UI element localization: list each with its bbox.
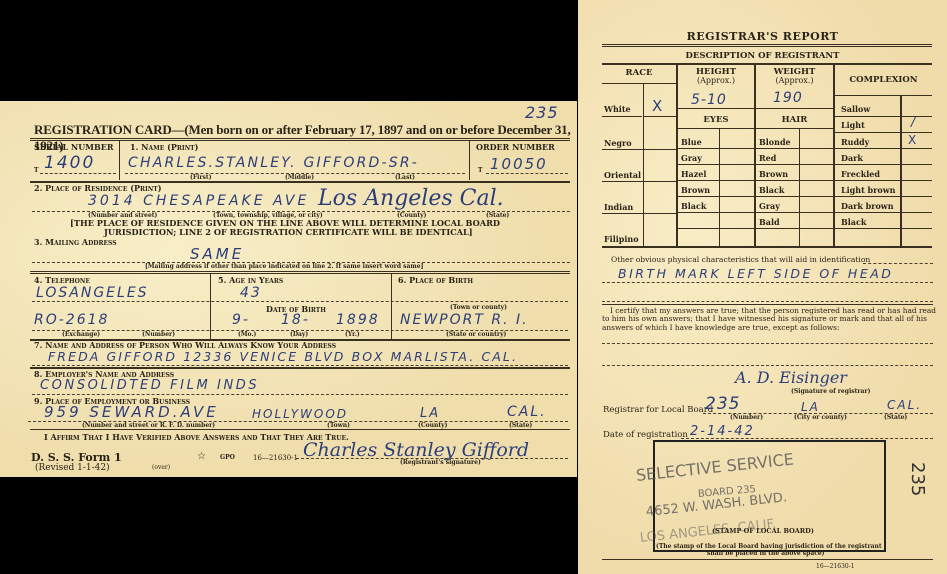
signature-caption: (Registrant's signature): [400, 459, 481, 466]
caption-employment-street: (Number and street or R. F. D. number): [82, 422, 215, 429]
employer-value[interactable]: CONSOLIDTED FILM INDS: [40, 378, 259, 393]
local-board-state[interactable]: CAL.: [887, 398, 922, 412]
height-approx: (Approx.): [678, 76, 754, 85]
age-value[interactable]: 43: [240, 285, 262, 301]
complexion-freckled: Freckled: [841, 169, 880, 179]
weight-approx: (Approx.): [756, 76, 833, 85]
mailing-value[interactable]: SAME: [190, 245, 244, 263]
other-characteristics-label: Other obvious physical characteristics t…: [611, 255, 870, 264]
complexion-dark-brown: Dark brown: [841, 201, 894, 211]
underline: [681, 438, 933, 439]
weight-value[interactable]: 190: [773, 90, 803, 106]
back-print-code: 16—21630-1: [816, 563, 855, 570]
employment-town-value[interactable]: HOLLYWOOD: [252, 407, 348, 421]
underline: [602, 282, 933, 283]
telephone-label: 4. Telephone: [34, 275, 90, 285]
underline: [602, 365, 933, 366]
hair-gray: Gray: [759, 201, 780, 211]
registrars-report-back: REGISTRAR'S REPORT DESCRIPTION OF REGIST…: [578, 0, 947, 574]
registrar-signature: A. D. Eisinger: [735, 368, 847, 387]
divider: [900, 96, 902, 246]
mailing-label: 3. Mailing Address: [34, 237, 117, 247]
local-board-city[interactable]: LA: [801, 400, 820, 414]
divider: [677, 164, 932, 165]
divider: [677, 228, 932, 229]
side-board-number: 235: [907, 462, 928, 496]
print-code: 16—21630-1: [253, 454, 298, 462]
star-icon: ☆: [197, 451, 206, 462]
serial-number-value[interactable]: 1400: [44, 153, 95, 173]
caption-year: (Yr.): [345, 331, 360, 338]
underline: [40, 173, 116, 174]
contact-value[interactable]: FREDA GIFFORD 12336 VENICE BLVD BOX MARL…: [48, 349, 518, 364]
caption-board-number: (Number): [730, 414, 763, 421]
gpo-label: GPO: [220, 454, 235, 461]
hair-bald: Bald: [759, 217, 780, 227]
divider: [833, 64, 835, 246]
eyes-header: EYES: [678, 116, 754, 125]
corner-board-number: 235: [525, 103, 559, 122]
residence-label: 2. Place of Residence (Print): [34, 183, 162, 193]
caption-last: (Last): [395, 174, 415, 181]
birthplace-value[interactable]: NEWPORT R. I.: [400, 312, 529, 328]
underline: [32, 394, 568, 395]
divider: [834, 116, 932, 117]
eyes-black: Black: [681, 201, 706, 211]
eyes-blue: Blue: [681, 137, 702, 147]
form-revised: (Revised 1-1-42): [35, 463, 110, 473]
age-label: 5. Age in Years: [218, 275, 283, 285]
hair-black: Black: [759, 185, 784, 195]
order-number-value[interactable]: 10050: [490, 155, 548, 173]
divider: [30, 271, 570, 274]
height-value[interactable]: 5-10: [691, 92, 727, 108]
divider: [602, 83, 676, 84]
employment-county-value[interactable]: LA: [420, 406, 440, 421]
complexion-black: Black: [841, 217, 866, 227]
race-white: White: [604, 104, 631, 114]
complexion-ruddy: Ruddy: [841, 137, 869, 147]
residence-street-value[interactable]: 3014 CHESAPEAKE AVE: [88, 193, 309, 209]
local-board-label: Registrar for Local Board: [603, 405, 713, 415]
residence-notice-2: JURISDICTION; LINE 2 OF REGISTRATION CER…: [104, 227, 473, 237]
divider: [677, 180, 932, 181]
caption-number: (Number): [142, 331, 175, 338]
race-negro: Negro: [604, 138, 632, 148]
eyes-hazel: Hazel: [681, 169, 706, 179]
divider: [469, 140, 470, 180]
registrar-signature-caption: (Signature of registrar): [791, 388, 870, 395]
over-label: (over): [152, 464, 170, 471]
telephone-exchange-value[interactable]: LOSANGELES: [36, 285, 149, 301]
residence-city-value[interactable]: Los Angeles Cal.: [318, 186, 504, 211]
caption-month: (Mo.): [238, 331, 256, 338]
dob-year-value[interactable]: 1898: [336, 312, 380, 328]
stamp-note-1: (The stamp of the Local Board having jur…: [656, 543, 882, 550]
caption-board-city: (City or county): [794, 414, 847, 421]
race-header: RACE: [602, 69, 676, 78]
underline: [602, 343, 933, 344]
employment-state-value[interactable]: CAL.: [507, 404, 547, 420]
eyes-brown: Brown: [681, 185, 710, 195]
stamp-caption: (STAMP OF LOCAL BOARD): [712, 527, 814, 535]
caption-employment-town: (Town): [327, 422, 350, 429]
divider: [677, 212, 932, 213]
date-of-registration-value[interactable]: 2-14-42: [690, 424, 755, 439]
divider: [677, 108, 833, 109]
employment-street-value[interactable]: 959 SEWARD.AVE: [44, 403, 219, 421]
divider: [602, 246, 932, 248]
underline: [32, 301, 568, 302]
report-title: REGISTRAR'S REPORT: [578, 30, 947, 43]
race-indian: Indian: [604, 202, 633, 212]
divider: [602, 63, 932, 65]
divider: [677, 128, 833, 129]
divider: [643, 84, 644, 246]
other-characteristics-value[interactable]: BIRTH MARK LEFT SIDE OF HEAD: [618, 266, 893, 281]
caption-exchange: (Exchange): [62, 331, 100, 338]
underline: [486, 173, 568, 174]
eyes-gray: Gray: [681, 153, 702, 163]
caption-middle: (Middle): [285, 174, 314, 181]
divider: [602, 44, 932, 47]
caption-day: (Day): [290, 331, 308, 338]
birthplace-town-caption: (Town or county): [450, 304, 507, 311]
date-of-registration-label: Date of registration: [603, 430, 688, 440]
complexion-ruddy-mark[interactable]: X: [908, 133, 918, 147]
hair-red: Red: [759, 153, 776, 163]
dob-day-value[interactable]: 18-: [281, 312, 310, 328]
divider: [602, 116, 642, 117]
race-white-mark[interactable]: X: [652, 97, 664, 115]
divider: [834, 95, 932, 96]
name-label: 1. Name (Print): [130, 142, 198, 152]
caption-employment-state: (State): [509, 422, 532, 429]
divider: [676, 64, 678, 246]
divider: [677, 148, 932, 149]
divider: [602, 181, 676, 182]
complexion-light-mark[interactable]: /: [911, 115, 917, 130]
telephone-number-value[interactable]: RO-2618: [34, 312, 109, 328]
complexion-light-brown: Light brown: [841, 185, 895, 195]
mailing-caption: [Mailing address if other than place ind…: [145, 263, 423, 270]
order-number-label: ORDER NUMBER: [476, 142, 555, 152]
divider: [602, 559, 933, 560]
hair-header: HAIR: [756, 116, 833, 125]
serial-prefix: T: [34, 167, 38, 174]
caption-first: (First): [190, 174, 212, 181]
caption-employment-county: (County): [418, 422, 447, 429]
report-subtitle: DESCRIPTION OF REGISTRANT: [578, 51, 947, 61]
local-board-number[interactable]: 235: [705, 394, 740, 414]
divider: [754, 64, 756, 246]
divider: [602, 149, 676, 150]
underline: [863, 263, 933, 264]
caption-board-state: (State): [884, 414, 907, 421]
complexion-sallow: Sallow: [841, 104, 870, 114]
complexion-light: Light: [841, 120, 865, 130]
complexion-header: COMPLEXION: [835, 76, 932, 85]
divider: [602, 304, 933, 305]
divider: [119, 140, 120, 180]
registration-card-front: 235 REGISTRATION CARD—(Men born on or af…: [0, 101, 577, 477]
certify-text: I certify that my answers are true; that…: [602, 307, 938, 332]
underline: [602, 301, 933, 302]
birthplace-label: 6. Place of Birth: [398, 275, 473, 285]
name-value[interactable]: CHARLES.STANLEY. GIFFORD-SR-: [128, 155, 419, 171]
hair-blonde: Blonde: [759, 137, 791, 147]
divider: [677, 196, 932, 197]
divider: [644, 116, 676, 117]
birthplace-state-caption: (State or country): [446, 331, 506, 338]
divider: [30, 138, 570, 141]
divider: [30, 429, 570, 430]
divider: [834, 132, 932, 133]
divider: [602, 213, 676, 214]
hair-brown: Brown: [759, 169, 788, 179]
race-oriental: Oriental: [604, 170, 641, 180]
order-prefix: T: [478, 167, 482, 174]
underline: [32, 365, 568, 366]
race-filipino: Filipino: [604, 234, 639, 244]
stamp-note-2: shall be placed in the above space): [707, 550, 825, 557]
dob-month-value[interactable]: 9-: [232, 312, 250, 328]
serial-number-label: SERIAL NUMBER: [34, 142, 114, 152]
complexion-dark: Dark: [841, 153, 863, 163]
